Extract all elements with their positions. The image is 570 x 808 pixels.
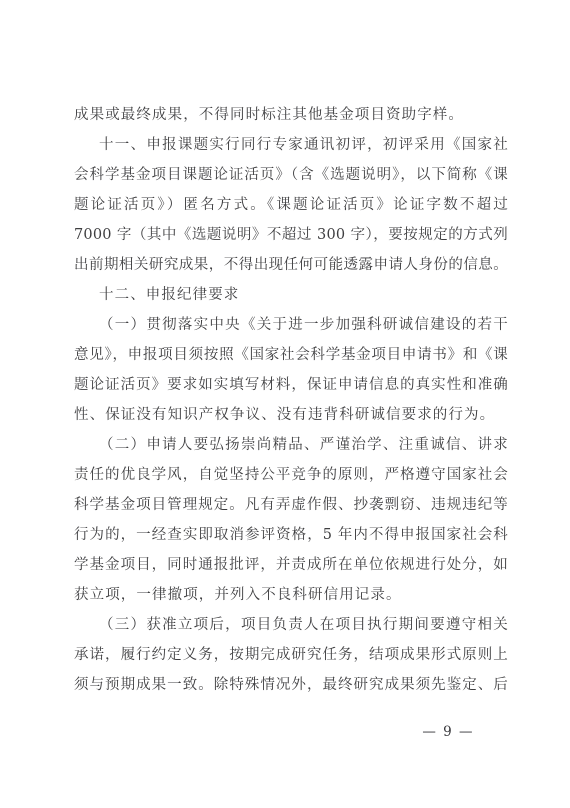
text-line: 获立项，一律撤项，并列入不良科研信用记录。 — [74, 580, 508, 610]
text-line: 成果或最终成果，不得同时标注其他基金项目资助字样。 — [74, 100, 508, 130]
text-line: 责任的优良学风，自觉坚持公平竞争的原则，严格遵守国家社会 — [74, 460, 508, 490]
document-text: 成果或最终成果，不得同时标注其他基金项目资助字样。 十一、申报课题实行同行专家通… — [74, 100, 508, 700]
text-line: （一）贯彻落实中央《关于进一步加强科研诚信建设的若干 — [74, 310, 508, 340]
text-line: （二）申请人要弘扬崇尚精品、严谨治学、注重诚信、讲求 — [74, 430, 508, 460]
text-line: （三）获准立项后，项目负责人在项目执行期间要遵守相关 — [74, 610, 508, 640]
text-line: 性、保证没有知识产权争议、没有违背科研诚信要求的行为。 — [74, 400, 508, 430]
text-line: 十一、申报课题实行同行专家通讯初评，初评采用《国家社 — [74, 130, 508, 160]
text-line: 会科学基金项目课题论证活页》（含《选题说明》，以下简称《课 — [74, 160, 508, 190]
text-line: 须与预期成果一致。除特殊情况外，最终研究成果须先鉴定、后 — [74, 670, 508, 700]
text-line: 题论证活页》要求如实填写材料，保证申请信息的真实性和准确 — [74, 370, 508, 400]
text-line: 学基金项目，同时通报批评，并责成所在单位依规进行处分，如 — [74, 550, 508, 580]
page-number: — 9 — — [422, 721, 474, 743]
text-line: 意见》，申报项目须按照《国家社会科学基金项目申请书》和《课 — [74, 340, 508, 370]
text-line: 7000 字（其中《选题说明》不超过 300 字），要按规定的方式列 — [74, 220, 508, 250]
document-page: 成果或最终成果，不得同时标注其他基金项目资助字样。 十一、申报课题实行同行专家通… — [0, 0, 570, 808]
text-line: 题论证活页》）匿名方式。《课题论证活页》论证字数不超过 — [74, 190, 508, 220]
text-line: 承诺，履行约定义务，按期完成研究任务，结项成果形式原则上 — [74, 640, 508, 670]
text-line: 科学基金项目管理规定。凡有弄虚作假、抄袭剽窃、违规违纪等 — [74, 490, 508, 520]
text-line: 出前期相关研究成果，不得出现任何可能透露申请人身份的信息。 — [74, 250, 508, 280]
text-line: 行为的，一经查实即取消参评资格，5 年内不得申报国家社会科 — [74, 520, 508, 550]
text-line: 十二、申报纪律要求 — [74, 280, 508, 310]
